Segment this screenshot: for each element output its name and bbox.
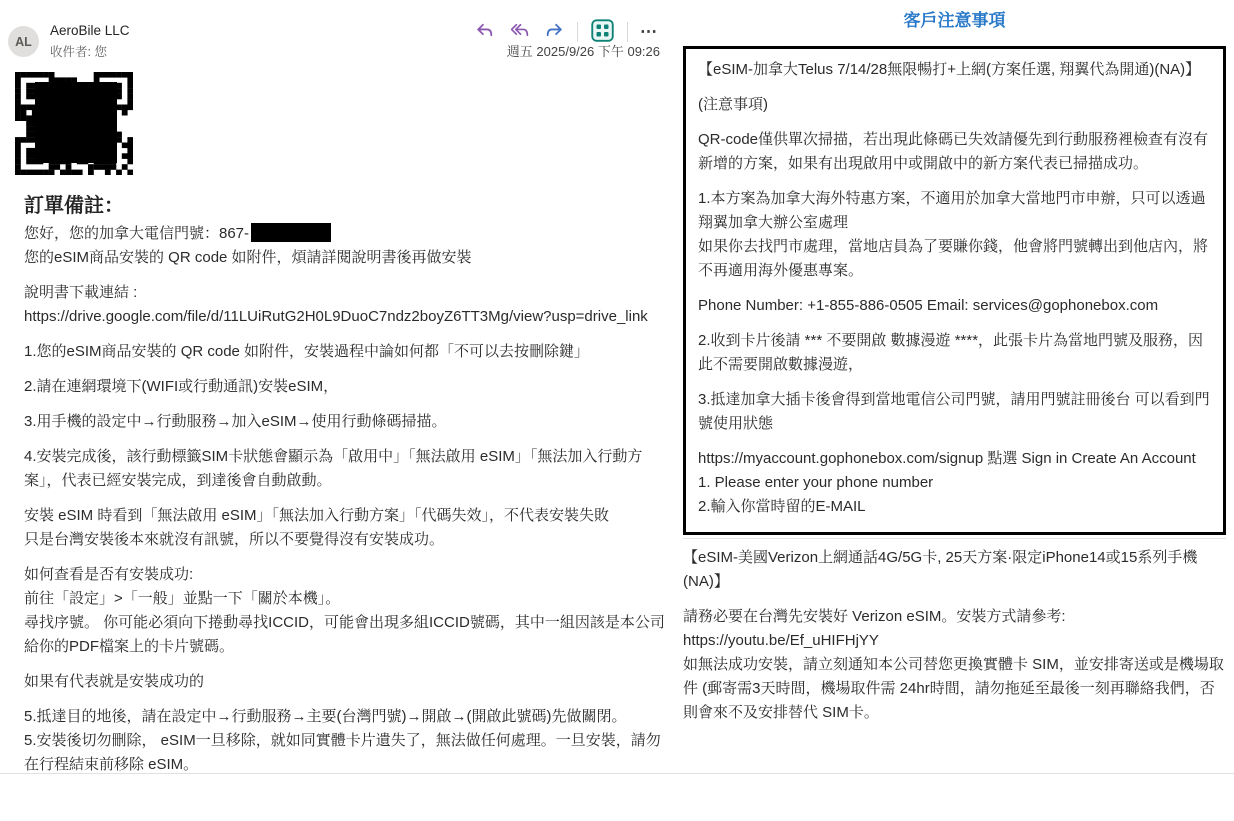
notice-line: 【eSIM-加拿大Telus 7/14/28無限暢打+上網(方案任選, 翔翼代為…	[698, 58, 1211, 82]
email-body-line: 說明書下載連結 :	[24, 281, 672, 305]
notice-line: https://myaccount.gophonebox.com/signup …	[698, 447, 1211, 471]
email-body-line: 前往「設定」>「一般」並點一下「關於本機」。	[24, 587, 672, 611]
message-header: AL AeroBile LLC 收件者: 您	[8, 22, 130, 61]
verizon-section: 【eSIM-美國Verizon上網通話4G/5G卡, 25天方案·限定iPhon…	[683, 546, 1226, 725]
notice-box-lines: 【eSIM-加拿大Telus 7/14/28無限暢打+上網(方案任選, 翔翼代為…	[698, 58, 1211, 519]
email-body-line	[24, 694, 672, 705]
email-body-line	[24, 329, 672, 340]
sender-name[interactable]: AeroBile LLC	[50, 22, 130, 40]
verizon-lines: 【eSIM-美國Verizon上網通話4G/5G卡, 25天方案·限定iPhon…	[683, 546, 1226, 725]
notice-line: 3.抵達加拿大插卡後會得到當地電信公司門號，請用門號註冊後台 可以看到門號使用狀…	[698, 388, 1211, 436]
email-body-line: 安裝 eSIM 時看到「無法啟用 eSIM」「無法加入行動方案」「代碼失效」，不…	[24, 504, 672, 528]
email-body-line	[24, 493, 672, 504]
email-body-line: 5.抵達目的地後，請在設定中→行動服務→主要(台灣門號)→開啟→(開啟此號碼)先…	[24, 705, 672, 729]
email-body-line: https://drive.google.com/file/d/11LUiRut…	[24, 305, 672, 329]
notice-line	[698, 82, 1211, 93]
email-body: 您好，您的加拿大電信門號：867- 您的eSIM商品安裝的 QR code 如附…	[24, 222, 672, 777]
notice-line	[698, 117, 1211, 128]
notice-line	[698, 318, 1211, 329]
email-body-line	[24, 552, 672, 563]
toolbar-separator	[577, 22, 578, 42]
reply-button[interactable]	[470, 18, 499, 46]
notice-line: QR-code僅供單次掃描，若出現此條碼已失效請優先到行動服務裡檢查有沒有新增的…	[698, 128, 1211, 176]
email-body-line: 4.安裝完成後，該行動標籤SIM卡狀態會顯示為「啟用中」「無法啟用 eSIM」「…	[24, 445, 672, 493]
notice-line: Phone Number: +1-855-886-0505 Email: ser…	[698, 294, 1211, 318]
email-body-line	[24, 434, 672, 445]
notice-sub-divider	[683, 538, 1226, 539]
redacted-phone-number	[251, 223, 331, 242]
notice-line	[698, 436, 1211, 447]
email-reading-pane: AL AeroBile LLC 收件者: 您	[0, 0, 672, 821]
notice-line: 2.輸入你當時留的E-MAIL	[698, 495, 1211, 519]
email-body-line: 2.請在連網環境下(WIFI或行動通訊)安裝eSIM，	[24, 375, 672, 399]
notice-line: 2.收到卡片後請 *** 不要開啟 數據漫遊 ****，此張卡片為當地門號及服務…	[698, 329, 1211, 377]
email-body-line: 3.用手機的設定中→行動服務→加入eSIM→使用行動條碼掃描。	[24, 410, 672, 434]
notice-line: 如果你去找門市處理，當地店員為了要賺你錢，他會將門號轉出到他店內，將不再適用海外…	[698, 235, 1211, 283]
more-options-button[interactable]: ⋯	[636, 23, 662, 41]
notice-title: 客戶注意事項	[683, 6, 1226, 31]
notice-line	[698, 176, 1211, 187]
notice-line	[698, 283, 1211, 294]
toolbar-separator	[627, 22, 628, 42]
email-intro-line: 您好，您的加拿大電信門號：867-	[24, 222, 672, 246]
email-body-line	[24, 399, 672, 410]
email-body-line: 只是台灣安裝後本來就沒有訊號，所以不要覺得沒有安裝成功。	[24, 528, 672, 552]
verizon-section-line: 請務必要在台灣先安裝好 Verizon eSIM。安裝方式請參考:	[683, 605, 1226, 629]
notice-line: (注意事項)	[698, 93, 1211, 117]
email-body-line	[24, 270, 672, 281]
more-options-icon: ⋯	[640, 25, 658, 39]
sender-avatar[interactable]: AL	[8, 26, 39, 57]
email-body-lines: 您的eSIM商品安裝的 QR code 如附件，煩請詳閱說明書後再做安裝 說明書…	[24, 246, 672, 777]
customer-notice-pane: 客戶注意事項 【eSIM-加拿大Telus 7/14/28無限暢打+上網(方案任…	[683, 0, 1226, 725]
email-body-line	[24, 659, 672, 670]
email-body-line: 尋找序號。 你可能必須向下捲動尋找ICCID，可能會出現多組ICCID號碼，其中…	[24, 611, 672, 659]
email-body-line: 1.您的eSIM商品安裝的 QR code 如附件，安裝過程中論如何都「不可以去…	[24, 340, 672, 364]
notice-line: 1. Please enter your phone number	[698, 471, 1211, 495]
qr-code-image	[15, 72, 133, 175]
verizon-section-line	[683, 594, 1226, 605]
verizon-section-line: 【eSIM-美國Verizon上網通話4G/5G卡, 25天方案·限定iPhon…	[683, 546, 1226, 594]
reply-icon	[474, 20, 495, 44]
order-notes-heading: 訂單備註：	[24, 189, 124, 218]
intro-text: 您好，您的加拿大電信門號：867-	[24, 225, 249, 242]
email-body-line: 您的eSIM商品安裝的 QR code 如附件，煩請詳閱說明書後再做安裝	[24, 246, 672, 270]
verizon-section-line: 如無法成功安裝，請立刻通知本公司替您更換實體卡 SIM，並安排寄送或是機場取件 …	[683, 653, 1226, 725]
qr-code-attachment	[15, 72, 133, 175]
email-body-line: 5.安裝後切勿刪除， eSIM一旦移除，就如同實體卡片遺失了，無法做任何處理。一…	[24, 729, 672, 777]
notice-box: 【eSIM-加拿大Telus 7/14/28無限暢打+上網(方案任選, 翔翼代為…	[683, 46, 1226, 535]
notice-line	[698, 377, 1211, 388]
recipient-line: 收件者: 您	[50, 43, 130, 61]
notice-line: 1.本方案為加拿大海外特惠方案，不適用於加拿大當地門市申辦，只可以透過翔翼加拿大…	[698, 187, 1211, 235]
email-body-line: 如何查看是否有安裝成功:	[24, 563, 672, 587]
message-date: 週五 2025/9/26 下午 09:26	[507, 41, 660, 60]
email-body-line: 如果有代表就是安裝成功的	[24, 670, 672, 694]
email-body-line	[24, 364, 672, 375]
verizon-section-line: https://youtu.be/Ef_uHIFHjYY	[683, 629, 1226, 653]
